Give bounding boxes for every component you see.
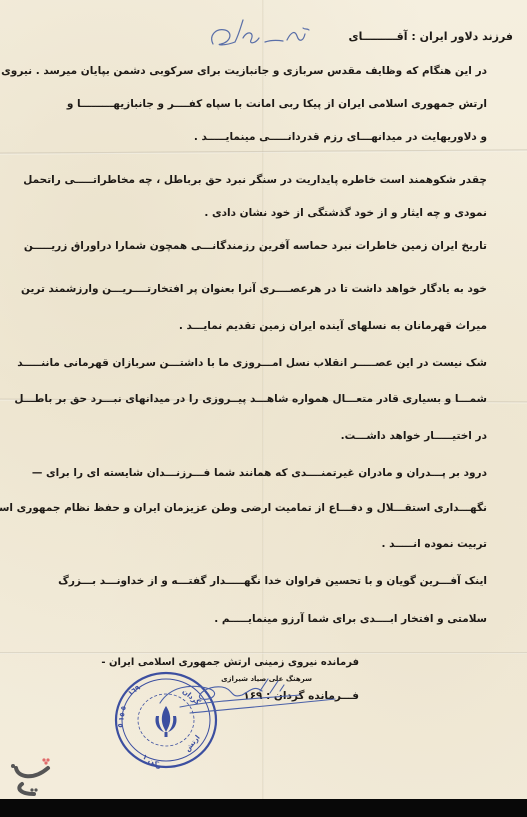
- letter-line: سلامتی و افتخار ابــــدی برای شما آرزو م…: [214, 613, 487, 625]
- letter-line: اینک آفـــرین گویان و با تحسین فراوان خد…: [58, 575, 487, 587]
- handwritten-signature: [150, 673, 340, 723]
- letter-line: و دلاوریهایت در میدانهـــای رزم قدردانــ…: [194, 131, 487, 143]
- letter-line: میراث قهرمانان به نسلهای آینده ایران زمی…: [179, 320, 487, 332]
- svg-text:ارتش: ارتش: [183, 734, 201, 754]
- letter-line: نگهـــداری استقـــلال و دفـــاع از تمامی…: [0, 502, 487, 514]
- letter-line: نمودی و چه ایثار و از خود گذشتگی از خود …: [204, 207, 487, 219]
- scanned-letter: فرزند دلاور ایران : آقـــــــــای محمد ز…: [0, 0, 527, 799]
- letter-line: شک نیست در این عصـــــر انقلاب نسل امـــ…: [17, 357, 487, 369]
- letter-line: در این هنگام که وظایف مقدس سربازی و جانب…: [0, 65, 487, 77]
- letter-line: درود بر پـــدران و مادران غیرتمنــــدی ک…: [32, 467, 487, 479]
- fold-crease-horizontal: [0, 652, 527, 654]
- letter-line: تاریخ ایران زمین خاطرات نبرد حماسه آفرین…: [24, 240, 487, 252]
- letter-line: چقدر شکوهمند است خاطره پایداریت در سنگر …: [23, 174, 487, 186]
- letter-line: تربیت نموده انـــــد .: [382, 538, 487, 550]
- letter-line: ارتش جمهوری اسلامی ایران از پیکا ربی اما…: [67, 98, 487, 110]
- svg-text:ركن ١: ركن ١: [141, 753, 163, 770]
- letter-line: شمـــا و بسیاری قادر متعـــال همواره شاه…: [14, 393, 487, 405]
- svg-text:١٦٩: ١٦٩: [127, 683, 143, 697]
- letter-line: خود به یادگار خواهد داشت تا در هرعصــــر…: [21, 283, 487, 295]
- letter-line: در اختیـــــار خواهد داشـــت.: [341, 430, 487, 442]
- handwritten-name: محمد زهرائی: [205, 16, 315, 52]
- salutation: فرزند دلاور ایران : آقـــــــــای: [348, 30, 513, 43]
- tasnim-logo-icon: تسنیم: [8, 756, 56, 796]
- scan-border: [0, 799, 527, 817]
